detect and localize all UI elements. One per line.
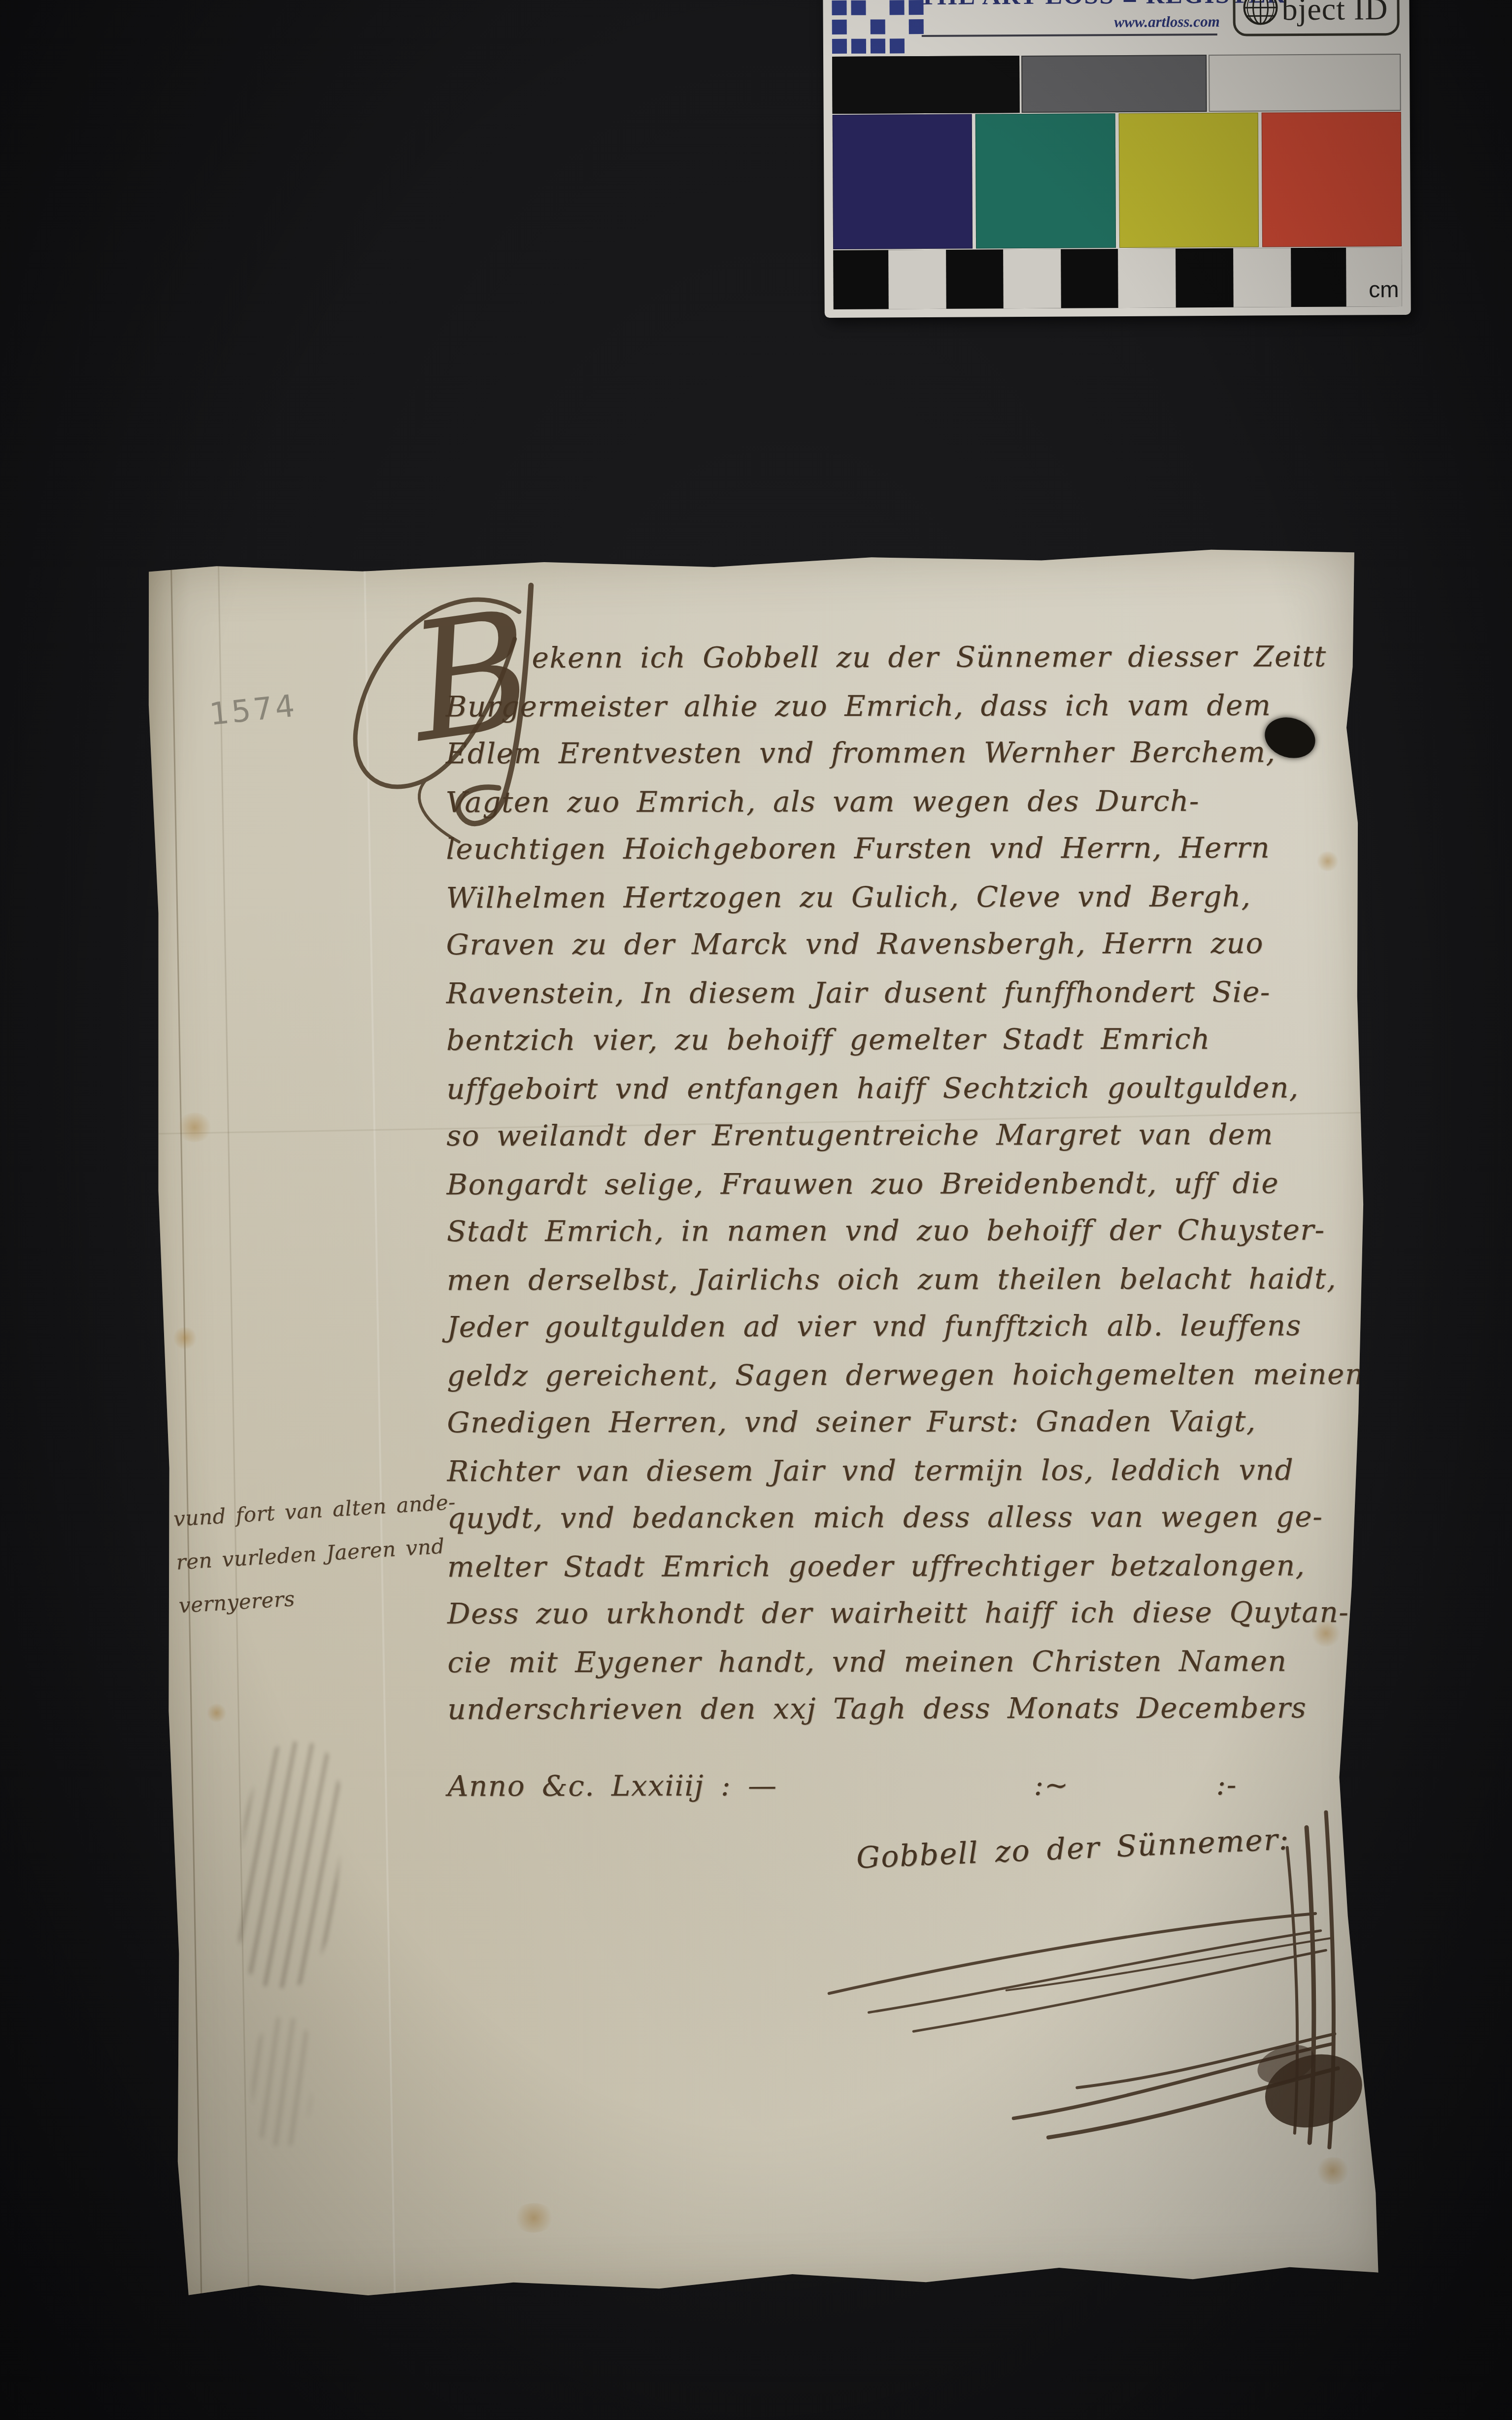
anno-date-line: Anno &c. Lxxiiij : — :~ :- (447, 1757, 1364, 1813)
left-fold-line (170, 566, 202, 2300)
patch-yellow (1118, 112, 1259, 247)
manuscript-line: geldz gereichent, Sagen derwegen hoichge… (447, 1350, 1363, 1400)
patch-white (1209, 54, 1401, 112)
object-id-logo: bject ID (1233, 0, 1400, 36)
manuscript-line: Ravenstein, In diesem Jair dusent funffh… (446, 968, 1363, 1017)
patch-red (1261, 112, 1402, 247)
manuscript-line: so weilandt der Erentugentreiche Margret… (446, 1110, 1363, 1160)
ink-smudge-lower (250, 2017, 315, 2148)
centimeter-scale: cm (833, 247, 1402, 309)
manuscript-line: underschrieven den xxj Tagh dess Monats … (447, 1684, 1364, 1733)
manuscript-line: Jeder goultgulden ad vier vnd funfftzich… (447, 1302, 1363, 1351)
patch-blue (833, 114, 973, 249)
ink-smudge (228, 1737, 351, 1992)
manuscript-line: Dess zuo urkhondt der wairheitt haiff ic… (447, 1588, 1364, 1638)
patch-green (975, 113, 1116, 248)
manuscript-line: Burgermeister alhie zuo Emrich, dass ich… (446, 681, 1362, 731)
flourish-mark: :~ (1034, 1758, 1069, 1812)
manuscript-line: uffgeboirt vnd entfangen haiff Sechtzich… (446, 1064, 1363, 1113)
manuscript-text-block: ekenn ich Gobbell zu der Sünnemer diesse… (445, 633, 1364, 1813)
manuscript-line: melter Stadt Emrich goeder uffrechtiger … (447, 1542, 1364, 1591)
manuscript-line: men derselbst, Jairlichs oich zum theile… (447, 1255, 1363, 1304)
margin-note: vund fort van alten ande- ren vurleden J… (172, 1480, 463, 1628)
card-url: www.artloss.com (1089, 13, 1220, 31)
grayscale-patch-row (832, 54, 1401, 114)
art-loss-register-logo-icon (832, 0, 924, 54)
manuscript-line: Richter van diesem Jair vnd termijn los,… (447, 1446, 1363, 1495)
signature-paraph-flourish-icon (796, 1807, 1388, 2162)
manuscript-line: ekenn ich Gobbell zu der Sünnemer diesse… (445, 633, 1362, 682)
manuscript-line: bentzich vier, zu behoiff gemelter Stadt… (446, 1015, 1363, 1064)
globe-icon (1242, 0, 1278, 26)
color-patch-row (833, 112, 1402, 249)
manuscript-line: Graven zu der Marck vnd Ravensbergh, Her… (446, 919, 1363, 969)
cm-unit-label: cm (1369, 276, 1399, 302)
manuscript-line: Bongardt selige, Frauwen zuo Breidenbend… (446, 1159, 1363, 1209)
flourish-mark: :- (1216, 1758, 1237, 1812)
manuscript-line: Wilhelmen Hertzogen zu Gulich, Cleve vnd… (446, 873, 1362, 922)
card-header: THE ART LOSS ■ REGISTER www.artloss.com … (823, 0, 1410, 57)
patch-black (832, 56, 1020, 114)
header-rule (922, 34, 1217, 37)
manuscript-line: quydt, vnd bedancken mich dess alless va… (447, 1493, 1364, 1542)
photograph-of-manuscript: THE ART LOSS ■ REGISTER www.artloss.com … (0, 0, 1512, 2420)
manuscript-line: leuchtigen Hoichgeboren Fursten vnd Herr… (446, 824, 1362, 873)
card-brand-title: THE ART LOSS ■ REGISTER (919, 0, 1214, 11)
manuscript-line: cie mit Eygener handt, vnd meinen Christ… (447, 1637, 1364, 1686)
patch-gray (1021, 55, 1207, 113)
manuscript-sheet: 1574 B ekenn ich Gobbell zu der Sünnemer… (144, 545, 1387, 2300)
manuscript-line: Stadt Emrich, in namen vnd zuo behoiff d… (447, 1206, 1363, 1255)
object-id-label: bject ID (1281, 0, 1388, 28)
calibration-card: THE ART LOSS ■ REGISTER www.artloss.com … (823, 0, 1411, 318)
manuscript-line: Vagten zuo Emrich, als vam wegen des Dur… (446, 777, 1362, 826)
manuscript-line: Edlem Erentvesten vnd frommen Wernher Be… (446, 728, 1362, 777)
manuscript-line: Gnedigen Herren, vnd seiner Furst: Gnade… (447, 1397, 1363, 1446)
